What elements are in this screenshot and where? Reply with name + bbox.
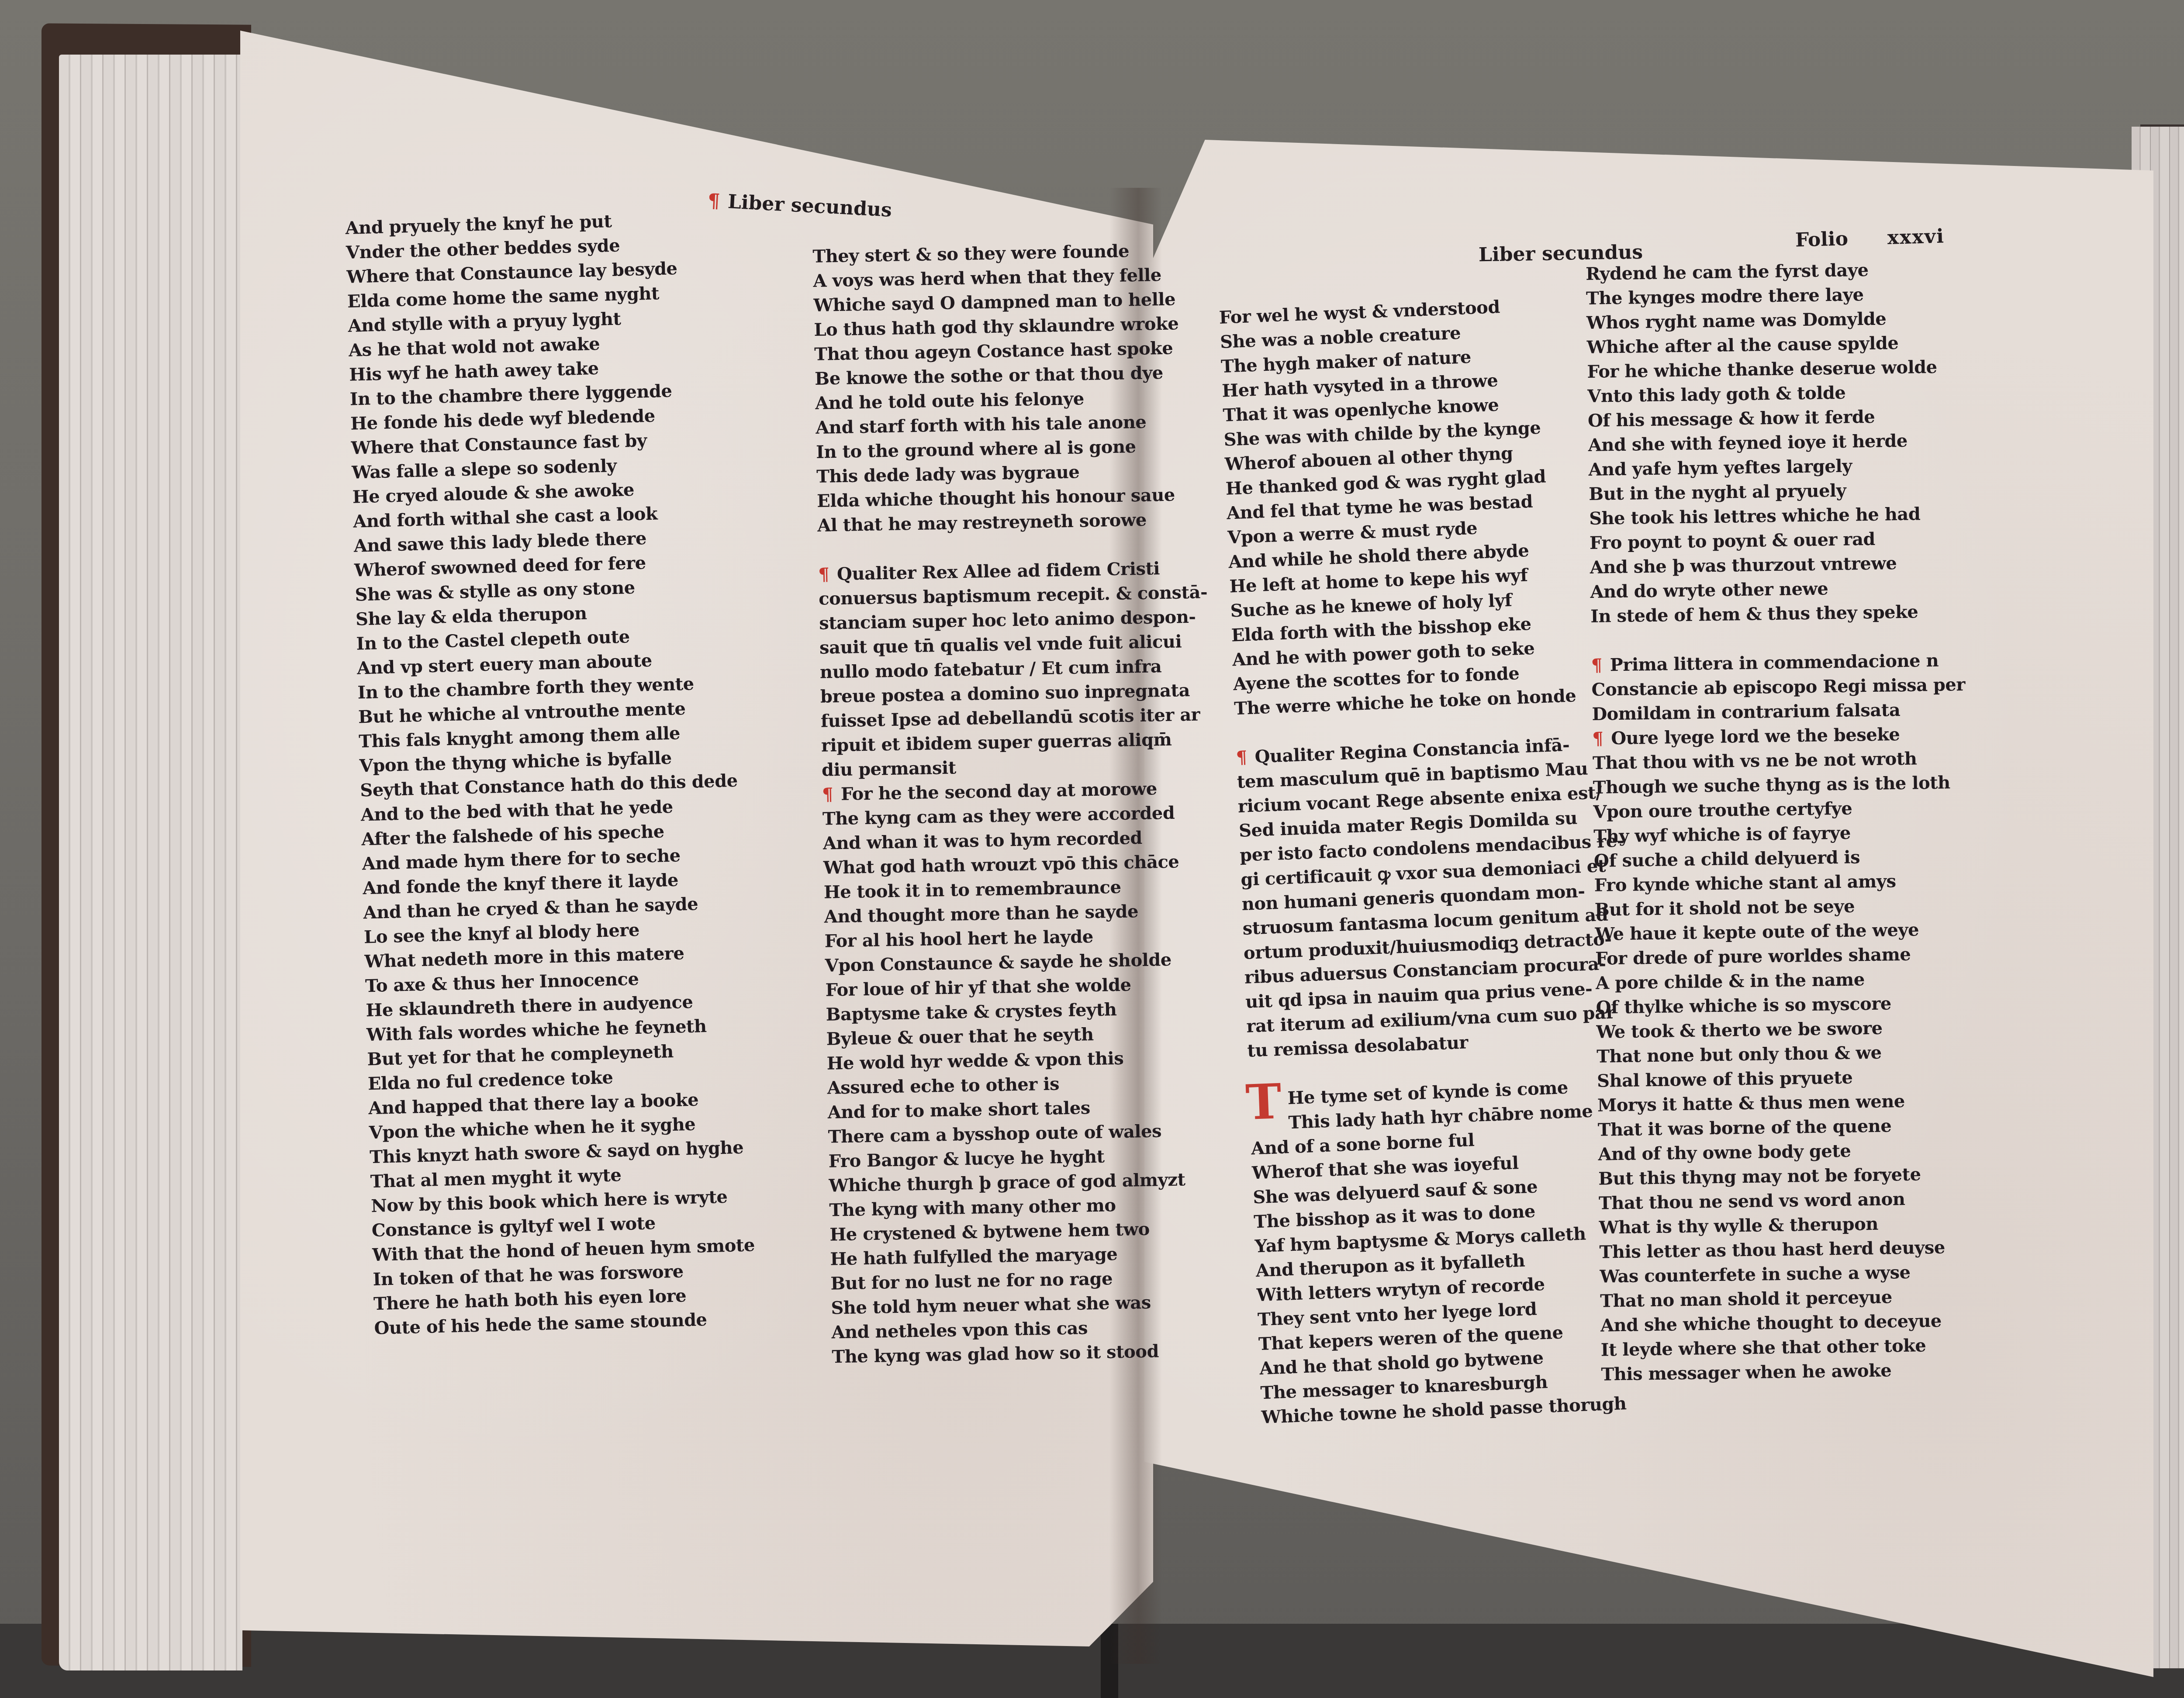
text-line: She took his lettres whiche he had [1589, 501, 1963, 531]
latin-rubric: ¶Prima littera in commendacione nConstan… [1591, 648, 1966, 727]
text-line: Constancie ab episcopo Regi missa per [1591, 673, 1965, 702]
text-line: We haue it kepte oute of the weye [1595, 917, 1969, 947]
latin-rubric: ¶Qualiter Rex Allee ad fidem Cristiconue… [818, 556, 1211, 782]
latin-rubric: ¶Qualiter Regina Constancia infā-tem mas… [1236, 731, 1632, 1063]
pilcrow-icon: ¶ [818, 564, 829, 584]
red-initial-letter: T [1245, 1089, 1282, 1115]
text-line: This letter as thou hast herd deuyse [1599, 1235, 1973, 1265]
text-line: In stede of hem & thus they speke [1590, 599, 1964, 629]
text-column-4: Rydend he cam the fyrst dayeThe kynges m… [1586, 257, 1975, 1387]
pilcrow-icon: ¶ [1236, 747, 1248, 768]
pilcrow-icon: ¶ [1591, 655, 1603, 676]
folio-number: Folioxxxvi [1795, 225, 1945, 252]
text-line: For he whiche thanke deserue wolde [1587, 355, 1961, 384]
text-column-3: For wel he wyst & vnderstoodShe was a no… [1219, 291, 1646, 1430]
verse-block: T He tyme set of kynde is comeThis lady … [1249, 1073, 1646, 1430]
text-column-2: They stert & so they were foundeA voys w… [812, 238, 1221, 1369]
page-stack-left [59, 55, 242, 1670]
verse-block: Rydend he cam the fyrst dayeThe kynges m… [1586, 257, 1964, 629]
text-line: It leyde where she that other toke [1600, 1333, 1974, 1363]
text-column-1: And pryuely the knyf he putVnder the oth… [345, 206, 757, 1341]
verse-block: For wel he wyst & vnderstoodShe was a no… [1219, 291, 1619, 721]
verse-block: ¶Oure lyege lord we the besekeThat thou … [1592, 721, 1975, 1387]
pilcrow-icon: ¶ [822, 784, 833, 804]
text-line: This messager when he awoke [1601, 1357, 1975, 1387]
folio-numeral: xxxvi [1887, 225, 1945, 249]
folio-label: Folio [1795, 228, 1848, 251]
text-line: Though we suche thyng as is the loth [1593, 770, 1966, 800]
pilcrow-icon: ¶ [1592, 728, 1603, 749]
verse-block: They stert & so they were foundeA voys w… [812, 238, 1206, 538]
text-line: And she with feyned ioye it herde [1588, 428, 1962, 458]
verse-block: ¶For he the second day at moroweThe kyng… [822, 776, 1221, 1369]
text-line: But this thyng may not be foryete [1598, 1162, 1972, 1191]
